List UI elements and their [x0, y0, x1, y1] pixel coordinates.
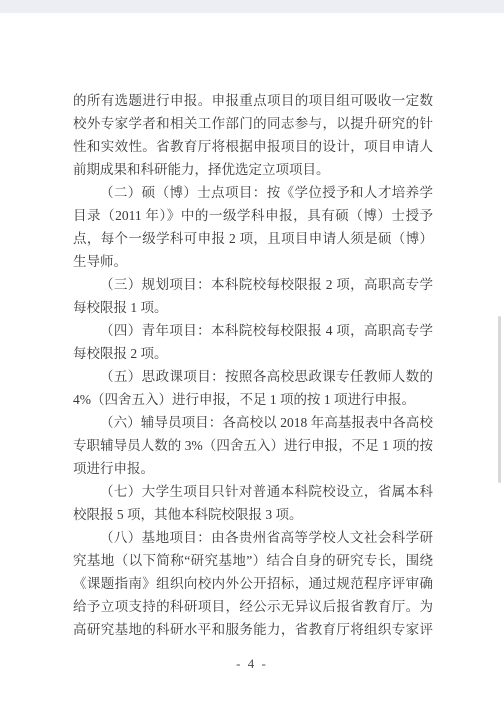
text-line: （八）基地项目：由各贵州省高等学校人文社会科学研: [73, 526, 433, 549]
text-line: 项进行申报。: [73, 457, 433, 480]
text-line: 4%（四舍五入）进行申报，不足 1 项的按 1 项进行申报。: [73, 388, 433, 411]
text-line: 每校限报 2 项。: [73, 342, 433, 365]
text-line: （七）大学生项目只针对普通本科院校设立，省属本科高: [73, 480, 433, 503]
text-line: （三）规划项目：本科院校每校限报 2 项，高职高专学校: [73, 273, 433, 296]
text-line: （六）辅导员项目：各高校以 2018 年高基报表中各高校: [73, 411, 433, 434]
text-line: 给予立项支持的科研项目，经公示无异议后报省教育厅。为提: [73, 595, 433, 618]
document-body: 的所有选题进行申报。申报重点项目的项目组可吸收一定数量校外专家学者和相关工作部门…: [73, 89, 433, 641]
text-line: 每校限报 1 项。: [73, 296, 433, 319]
text-line: （四）青年项目：本科院校每校限报 4 项，高职高专学校: [73, 319, 433, 342]
text-line: 生导师。: [73, 250, 433, 273]
top-chrome-strip: [0, 0, 504, 13]
text-line: 《课题指南》组织向校内外公开招标，通过规范程序评审确定: [73, 572, 433, 595]
text-line: （五）思政课项目：按照各高校思政课专任教师人数的: [73, 365, 433, 388]
text-line: （二）硕（博）士点项目：按《学位授予和人才培养学科: [73, 181, 433, 204]
page-number: - 4 -: [0, 655, 504, 672]
text-line: 校外专家学者和相关工作部门的同志参与，以提升研究的针对: [73, 112, 433, 135]
scrollbar-thumb[interactable]: [498, 316, 501, 483]
text-line: 究基地（以下简称“研究基地”）结合自身的研究专长，围绕: [73, 549, 433, 572]
text-line: 的所有选题进行申报。申报重点项目的项目组可吸收一定数量: [73, 89, 433, 112]
document-page: 的所有选题进行申报。申报重点项目的项目组可吸收一定数量校外专家学者和相关工作部门…: [0, 0, 504, 720]
text-line: 性和实效性。省教育厅将根据申报项目的设计，项目申请人的: [73, 135, 433, 158]
text-line: 目录（2011 年）》中的一级学科申报，具有硕（博）士授予的: [73, 204, 433, 227]
text-line: 校限报 5 项，其他本科院校限报 3 项。: [73, 503, 433, 526]
text-line: 点，每个一级学科可申报 2 项，且项目申请人须是硕（博）士: [73, 227, 433, 250]
text-line: 前期成果和科研能力，择优选定立项项目。: [73, 158, 433, 181]
text-line: 高研究基地的科研水平和服务能力，省教育厅将组织专家评审: [73, 618, 433, 641]
text-line: 专职辅导员人数的 3%（四舍五入）进行申报，不足 1 项的按 1: [73, 434, 433, 457]
